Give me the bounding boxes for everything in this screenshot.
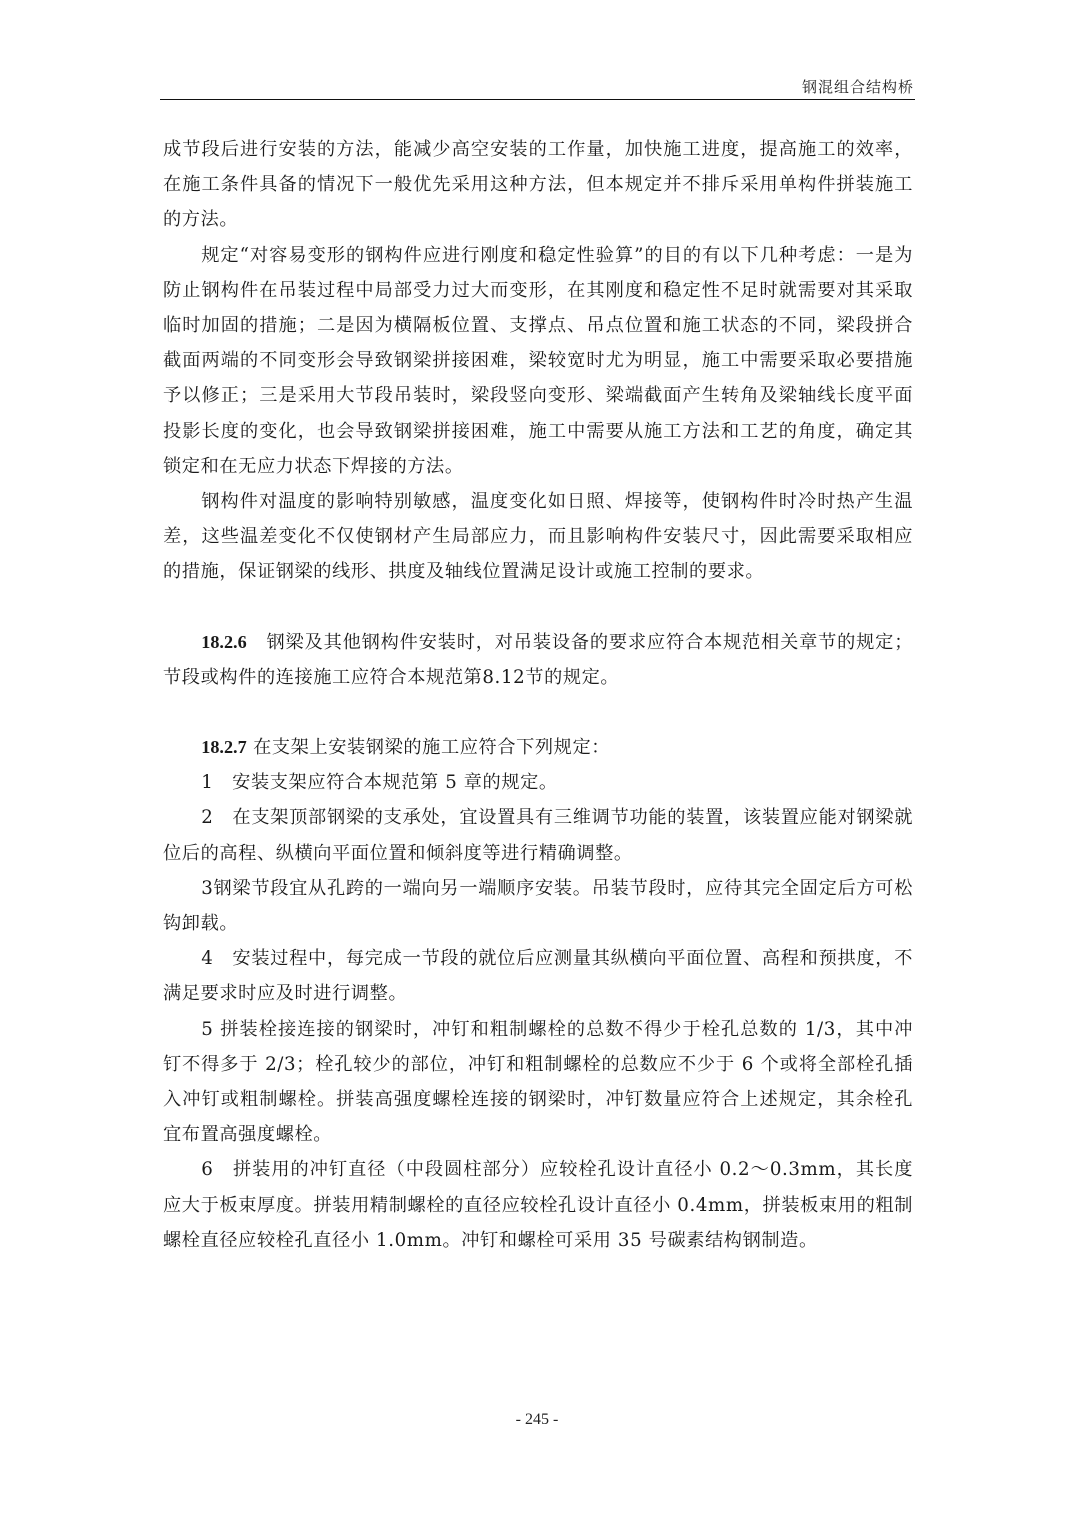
page-body: 成节段后进行安装的方法，能减少高空安装的工作量，加快施工进度，提高施工的效率，在… bbox=[163, 132, 913, 1258]
paragraph-deformation-considerations: 规定“对容易变形的钢构件应进行刚度和稳定性验算”的目的有以下几种考虑：一是为防止… bbox=[163, 238, 913, 484]
running-header-title: 钢混组合结构桥 bbox=[802, 76, 914, 97]
paragraph-continuation: 成节段后进行安装的方法，能减少高空安装的工作量，加快施工进度，提高施工的效率，在… bbox=[163, 132, 913, 238]
clause-number: 18.2.6 bbox=[201, 632, 246, 652]
clause-text: 钢梁及其他钢构件安装时，对吊装设备的要求应符合本规范相关章节的规定；节段或构件的… bbox=[163, 632, 913, 688]
clause-number: 18.2.7 bbox=[201, 737, 246, 757]
page-number: - 245 - bbox=[0, 1411, 1074, 1429]
clause-item-5: 5 拼装栓接连接的钢梁时，冲钉和粗制螺栓的总数不得少于栓孔总数的 1/3，其中冲… bbox=[163, 1012, 913, 1153]
spacer bbox=[163, 695, 913, 730]
clause-item-2: 2 在支架顶部钢梁的支承处，宜设置具有三维调节功能的装置，该装置应能对钢梁就位后… bbox=[163, 800, 913, 870]
clause-item-6: 6 拼装用的冲钉直径（中段圆柱部分）应较栓孔设计直径小 0.2～0.3mm，其长… bbox=[163, 1152, 913, 1258]
clause-item-1: 1 安装支架应符合本规范第 5 章的规定。 bbox=[163, 765, 913, 800]
clause-18-2-6: 18.2.6 钢梁及其他钢构件安装时，对吊装设备的要求应符合本规范相关章节的规定… bbox=[163, 625, 913, 695]
header-divider bbox=[160, 99, 915, 100]
spacer bbox=[163, 590, 913, 625]
paragraph-temperature-effects: 钢构件对温度的影响特别敏感，温度变化如日照、焊接等，使钢构件时冷时热产生温差，这… bbox=[163, 484, 913, 590]
clause-text: 在支架上安装钢梁的施工应符合下列规定： bbox=[253, 737, 610, 758]
clause-item-3: 3钢梁节段宜从孔跨的一端向另一端顺序安装。吊装节段时，应待其完全固定后方可松钩卸… bbox=[163, 871, 913, 941]
clause-18-2-7: 18.2.7 在支架上安装钢梁的施工应符合下列规定： bbox=[163, 730, 913, 765]
clause-item-4: 4 安装过程中，每完成一节段的就位后应测量其纵横向平面位置、高程和预拱度，不满足… bbox=[163, 941, 913, 1011]
clause-spacer bbox=[247, 632, 267, 653]
